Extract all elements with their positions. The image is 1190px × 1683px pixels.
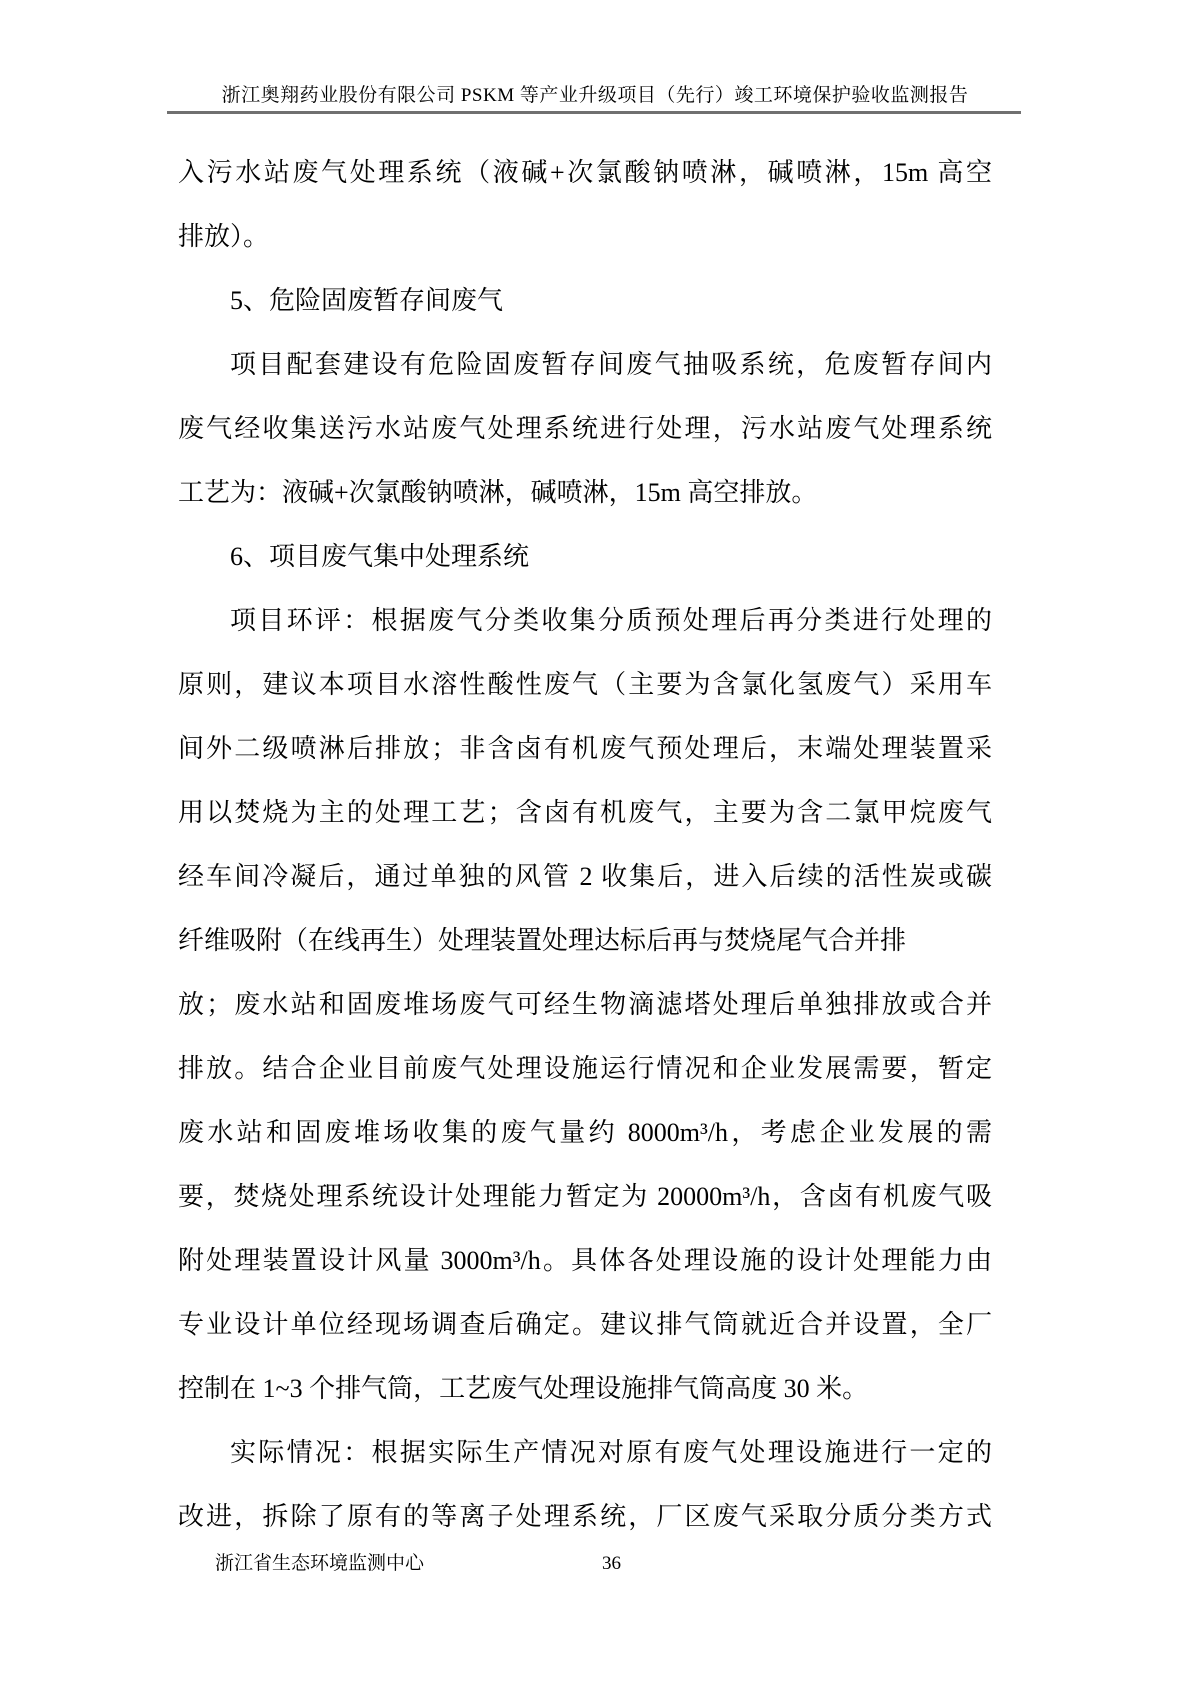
body-line: 废气经收集送污水站废气处理系统进行处理，污水站废气处理系统 (178, 397, 992, 461)
body-line: 专业设计单位经现场调查后确定。建议排气筒就近合并设置，全厂 (178, 1293, 992, 1357)
page-number: 36 (602, 1552, 621, 1576)
header-rule (167, 111, 1021, 114)
body-line: 项目环评：根据废气分类收集分质预处理后再分类进行处理的 (178, 589, 992, 653)
document-body: 入污水站废气处理系统（液碱+次氯酸钠喷淋，碱喷淋，15m 高空排放）。5、危险固… (178, 141, 992, 1549)
body-line: 间外二级喷淋后排放；非含卤有机废气预处理后，末端处理装置采 (178, 717, 992, 781)
body-line: 附处理装置设计风量 3000m³/h。具体各处理设施的设计处理能力由 (178, 1229, 992, 1293)
body-line: 工艺为：液碱+次氯酸钠喷淋，碱喷淋，15m 高空排放。 (178, 461, 992, 525)
body-line: 实际情况：根据实际生产情况对原有废气处理设施进行一定的 (178, 1421, 992, 1485)
body-line: 废水站和固废堆场收集的废气量约 8000m³/h，考虑企业发展的需 (178, 1101, 992, 1165)
body-line: 用以焚烧为主的处理工艺；含卤有机废气，主要为含二氯甲烷废气 (178, 781, 992, 845)
body-line: 原则，建议本项目水溶性酸性废气（主要为含氯化氢废气）采用车 (178, 653, 992, 717)
document-page: 浙江奥翔药业股份有限公司 PSKM 等产业升级项目（先行）竣工环境保护验收监测报… (0, 0, 1190, 1683)
body-line: 经车间冷凝后，通过单独的风管 2 收集后，进入后续的活性炭或碳 (178, 845, 992, 909)
body-line: 排放。结合企业目前废气处理设施运行情况和企业发展需要，暂定 (178, 1037, 992, 1101)
body-line: 6、项目废气集中处理系统 (178, 525, 992, 589)
body-line: 排放）。 (178, 205, 992, 269)
body-line: 5、危险固废暂存间废气 (178, 269, 992, 333)
footer-organization: 浙江省生态环境监测中心 (215, 1552, 424, 1576)
body-line: 控制在 1~3 个排气筒，工艺废气处理设施排气筒高度 30 米。 (178, 1357, 992, 1421)
body-line: 纤维吸附（在线再生）处理装置处理达标后再与焚烧尾气合并排 (178, 909, 992, 973)
body-line: 入污水站废气处理系统（液碱+次氯酸钠喷淋，碱喷淋，15m 高空 (178, 141, 992, 205)
body-line: 要，焚烧处理系统设计处理能力暂定为 20000m³/h，含卤有机废气吸 (178, 1165, 992, 1229)
body-line: 放；废水站和固废堆场废气可经生物滴滤塔处理后单独排放或合并 (178, 973, 992, 1037)
body-line: 改进，拆除了原有的等离子处理系统，厂区废气采取分质分类方式 (178, 1485, 992, 1549)
header-title: 浙江奥翔药业股份有限公司 PSKM 等产业升级项目（先行）竣工环境保护验收监测报… (0, 84, 1190, 108)
body-line: 项目配套建设有危险固废暂存间废气抽吸系统，危废暂存间内 (178, 333, 992, 397)
